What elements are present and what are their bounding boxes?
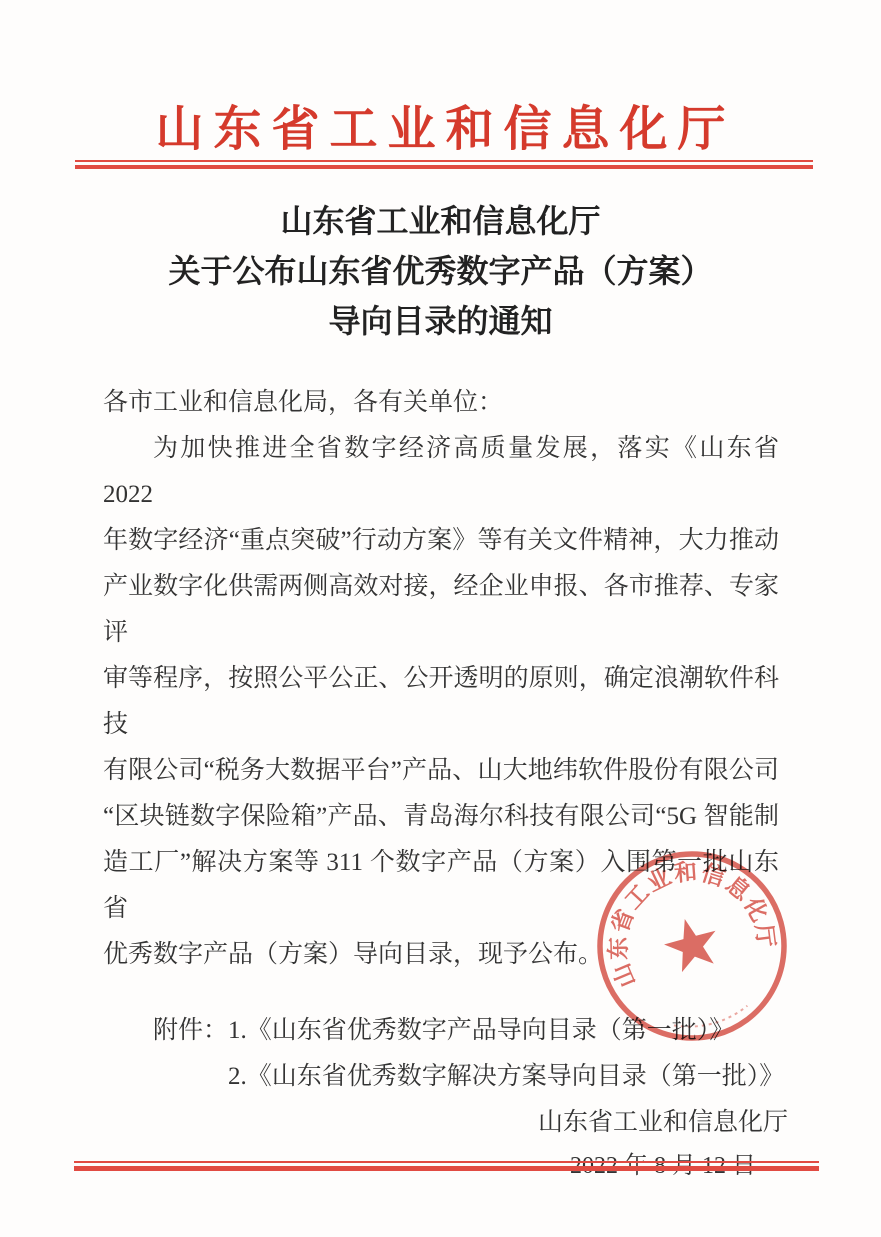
attachment-item: 2.《山东省优秀数字解决方案导向目录（第一批）》 — [103, 1054, 779, 1100]
paragraph-line: 为加快推进全省数字经济高质量发展，落实《山东省 2022 — [103, 426, 779, 518]
signature-org: 山东省工业和信息化厅 — [535, 1100, 791, 1146]
footer-rule-thick — [74, 1166, 819, 1171]
attachments-section: 附件：1.《山东省优秀数字产品导向目录（第一批）》 2.《山东省优秀数字解决方案… — [103, 1008, 779, 1100]
title-line-1: 山东省工业和信息化厅 — [0, 196, 881, 246]
paragraph-line: 产业数字化供需两侧高效对接，经企业申报、各市推荐、专家评 — [103, 564, 779, 656]
salutation: 各市工业和信息化局，各有关单位： — [103, 380, 779, 426]
paragraph-line: “区块链数字保险箱”产品、青岛海尔科技有限公司“5G 智能制 — [103, 794, 779, 840]
paragraph-line: 年数字经济“重点突破”行动方案》等有关文件精神，大力推动 — [103, 518, 779, 564]
title-line-2: 关于公布山东省优秀数字产品（方案） — [0, 246, 881, 296]
signature-block: 山东省工业和信息化厅 2022 年 8 月 12 日 — [535, 1100, 791, 1186]
footer-rule-thin — [74, 1161, 819, 1163]
paragraph-line: 造工厂”解决方案等 311 个数字产品（方案）入围第一批山东省 — [103, 840, 779, 932]
header-rule-thick — [75, 165, 813, 169]
attachment-2: 2.《山东省优秀数字解决方案导向目录（第一批）》 — [228, 1063, 784, 1090]
paragraph-line: 审等程序，按照公平公正、公开透明的原则，确定浪潮软件科技 — [103, 656, 779, 748]
attachment-1: 1.《山东省优秀数字产品导向目录（第一批）》 — [228, 1017, 734, 1044]
attachment-item: 附件：1.《山东省优秀数字产品导向目录（第一批）》 — [103, 1008, 779, 1054]
header-rule-thin — [75, 160, 813, 162]
letterhead-org-name: 山东省工业和信息化厅 — [0, 90, 881, 159]
paragraph-line: 优秀数字产品（方案）导向目录，现予公布。 — [103, 932, 779, 978]
document-body: 各市工业和信息化局，各有关单位： 为加快推进全省数字经济高质量发展，落实《山东省… — [103, 380, 779, 1186]
document-page: 山东省工业和信息化厅 山东省工业和信息化厅 关于公布山东省优秀数字产品（方案） … — [0, 0, 881, 1237]
paragraph-line: 有限公司“税务大数据平台”产品、山大地纬软件股份有限公司 — [103, 748, 779, 794]
title-line-3: 导向目录的通知 — [0, 296, 881, 346]
attachments-label: 附件： — [153, 1017, 228, 1044]
document-title: 山东省工业和信息化厅 关于公布山东省优秀数字产品（方案） 导向目录的通知 — [0, 196, 881, 346]
